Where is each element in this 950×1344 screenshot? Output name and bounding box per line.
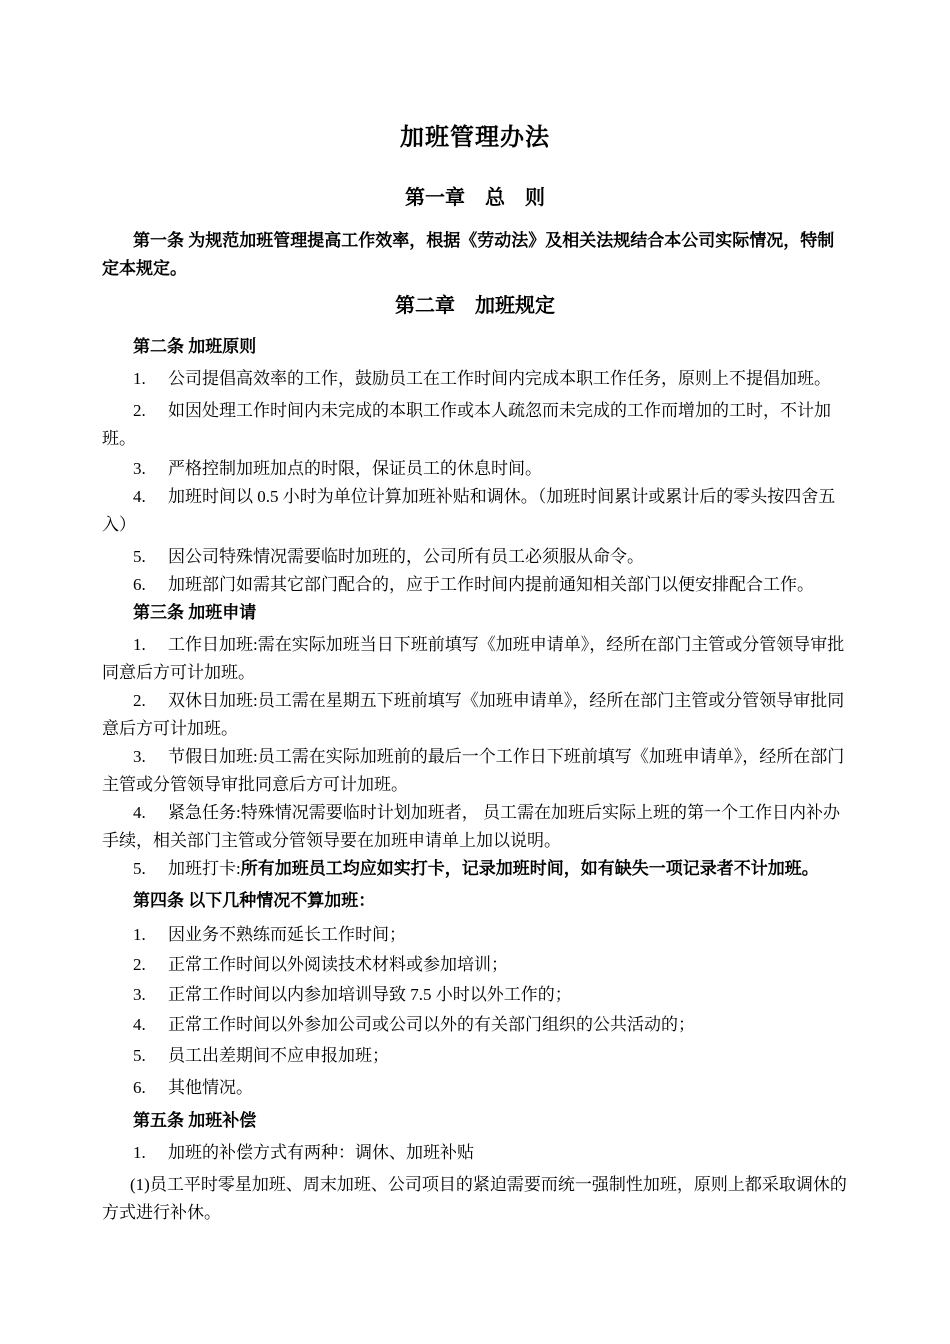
item-number: 1. (133, 1139, 168, 1167)
item-text: 正常工作时间以外参加公司或公司以外的有关部门组织的公共活动的； (168, 1015, 695, 1034)
item-text: 正常工作时间以内参加培训导致 7.5 小时以外工作的； (168, 985, 572, 1004)
article-4-heading: 第四条 以下几种情况不算加班： (102, 887, 848, 915)
item-number: 5. (133, 543, 168, 571)
article-2-item-1: 1.公司提倡高效率的工作，鼓励员工在工作时间内完成本职工作任务，原则上不提倡加班… (102, 365, 848, 393)
item-text: 双休日加班:员工需在星期五下班前填写《加班申请单》，经所在部门主管或分管领导审批… (102, 691, 844, 738)
item-text: 因业务不熟练而延长工作时间； (168, 925, 406, 944)
item-text: 员工出差期间不应申报加班； (168, 1046, 389, 1065)
article-3-item-5: 5.加班打卡:所有加班员工均应如实打卡，记录加班时间，如有缺失一项记录者不计加班… (102, 855, 848, 883)
item-number: 5. (133, 1042, 168, 1070)
article-5-sub-paragraph: (1)员工平时零星加班、周末加班、公司项目的紧迫需要而统一强制性加班，原则上都采… (102, 1171, 848, 1227)
item-number: 1. (133, 631, 168, 659)
item-text: 加班的补偿方式有两种：调休、加班补贴 (168, 1143, 474, 1162)
article-4-item-5: 5.员工出差期间不应申报加班； (102, 1042, 848, 1070)
article-4-item-4: 4.正常工作时间以外参加公司或公司以外的有关部门组织的公共活动的； (102, 1011, 848, 1039)
item-number: 5. (133, 855, 168, 883)
item-text: 严格控制加班加点的时限，保证员工的休息时间。 (168, 459, 542, 478)
item-text: 工作日加班:需在实际加班当日下班前填写《加班申请单》，经所在部门主管或分管领导审… (102, 635, 844, 682)
item-text: 公司提倡高效率的工作，鼓励员工在工作时间内完成本职工作任务，原则上不提倡加班。 (168, 369, 831, 388)
article-4-item-6: 6.其他情况。 (102, 1074, 848, 1102)
item-number: 2. (133, 951, 168, 979)
item-text: 紧急任务:特殊情况需要临时计划加班者， 员工需在加班后实际上班的第一个工作日内补… (102, 803, 840, 850)
item-number: 3. (133, 743, 168, 771)
article-3-item-2: 2.双休日加班:员工需在星期五下班前填写《加班申请单》，经所在部门主管或分管领导… (102, 687, 848, 743)
article-3-item-3: 3.节假日加班:员工需在实际加班前的最后一个工作日下班前填写《加班申请单》，经所… (102, 743, 848, 799)
item-number: 1. (133, 921, 168, 949)
article-5-item-1: 1.加班的补偿方式有两种：调休、加班补贴 (102, 1139, 848, 1167)
article-2-item-6: 6.加班部门如需其它部门配合的，应于工作时间内提前通知相关部门以便安排配合工作。 (102, 571, 848, 599)
item-text: 加班时间以 0.5 小时为单位计算加班补贴和调休。（加班时间累计或累计后的零头按… (102, 487, 835, 534)
article-3-item-1: 1.工作日加班:需在实际加班当日下班前填写《加班申请单》，经所在部门主管或分管领… (102, 631, 848, 687)
item-number: 3. (133, 455, 168, 483)
item-text: 加班部门如需其它部门配合的，应于工作时间内提前通知相关部门以便安排配合工作。 (168, 575, 814, 594)
article-2-item-5: 5.因公司特殊情况需要临时加班的，公司所有员工必须服从命令。 (102, 543, 848, 571)
article-3-heading: 第三条 加班申请 (102, 599, 848, 627)
item-number: 2. (133, 397, 168, 425)
item-text: 加班打卡: (168, 859, 241, 878)
article-2-item-2: 2.如因处理工作时间内未完成的本职工作或本人疏忽而未完成的工作而增加的工时，不计… (102, 397, 848, 453)
article-2-item-3: 3.严格控制加班加点的时限，保证员工的休息时间。 (102, 455, 848, 483)
article-2-item-4: 4.加班时间以 0.5 小时为单位计算加班补贴和调休。（加班时间累计或累计后的零… (102, 483, 848, 539)
item-text: 其他情况。 (168, 1078, 253, 1097)
chapter-1-heading: 第一章 总 则 (102, 183, 848, 213)
document-page: 加班管理办法 第一章 总 则 第一条 为规范加班管理提高工作效率，根据《劳动法》… (0, 0, 950, 1344)
article-4-item-2: 2.正常工作时间以外阅读技术材料或参加培训； (102, 951, 848, 979)
item-text: 正常工作时间以外阅读技术材料或参加培训； (168, 955, 508, 974)
article-4-item-3: 3.正常工作时间以内参加培训导致 7.5 小时以外工作的； (102, 981, 848, 1009)
item-bold-text: 所有加班员工均应如实打卡，记录加班时间，如有缺失一项记录者不计加班。 (241, 859, 819, 878)
item-number: 3. (133, 981, 168, 1009)
article-4-item-1: 1.因业务不熟练而延长工作时间； (102, 921, 848, 949)
item-number: 6. (133, 1074, 168, 1102)
article-2-heading: 第二条 加班原则 (102, 333, 848, 361)
item-number: 4. (133, 1011, 168, 1039)
item-text: 如因处理工作时间内未完成的本职工作或本人疏忽而未完成的工作而增加的工时，不计加班… (102, 401, 831, 448)
chapter-2-heading: 第二章 加班规定 (102, 291, 848, 321)
item-number: 4. (133, 483, 168, 511)
article-3-item-4: 4.紧急任务:特殊情况需要临时计划加班者， 员工需在加班后实际上班的第一个工作日… (102, 799, 848, 855)
item-number: 2. (133, 687, 168, 715)
article-5-heading: 第五条 加班补偿 (102, 1107, 848, 1135)
article-1-paragraph: 第一条 为规范加班管理提高工作效率，根据《劳动法》及相关法规结合本公司实际情况，… (102, 227, 848, 283)
item-number: 4. (133, 799, 168, 827)
item-number: 1. (133, 365, 168, 393)
document-title: 加班管理办法 (102, 121, 848, 155)
item-number: 6. (133, 571, 168, 599)
item-text: 因公司特殊情况需要临时加班的，公司所有员工必须服从命令。 (168, 547, 644, 566)
item-text: 节假日加班:员工需在实际加班前的最后一个工作日下班前填写《加班申请单》，经所在部… (102, 747, 844, 794)
